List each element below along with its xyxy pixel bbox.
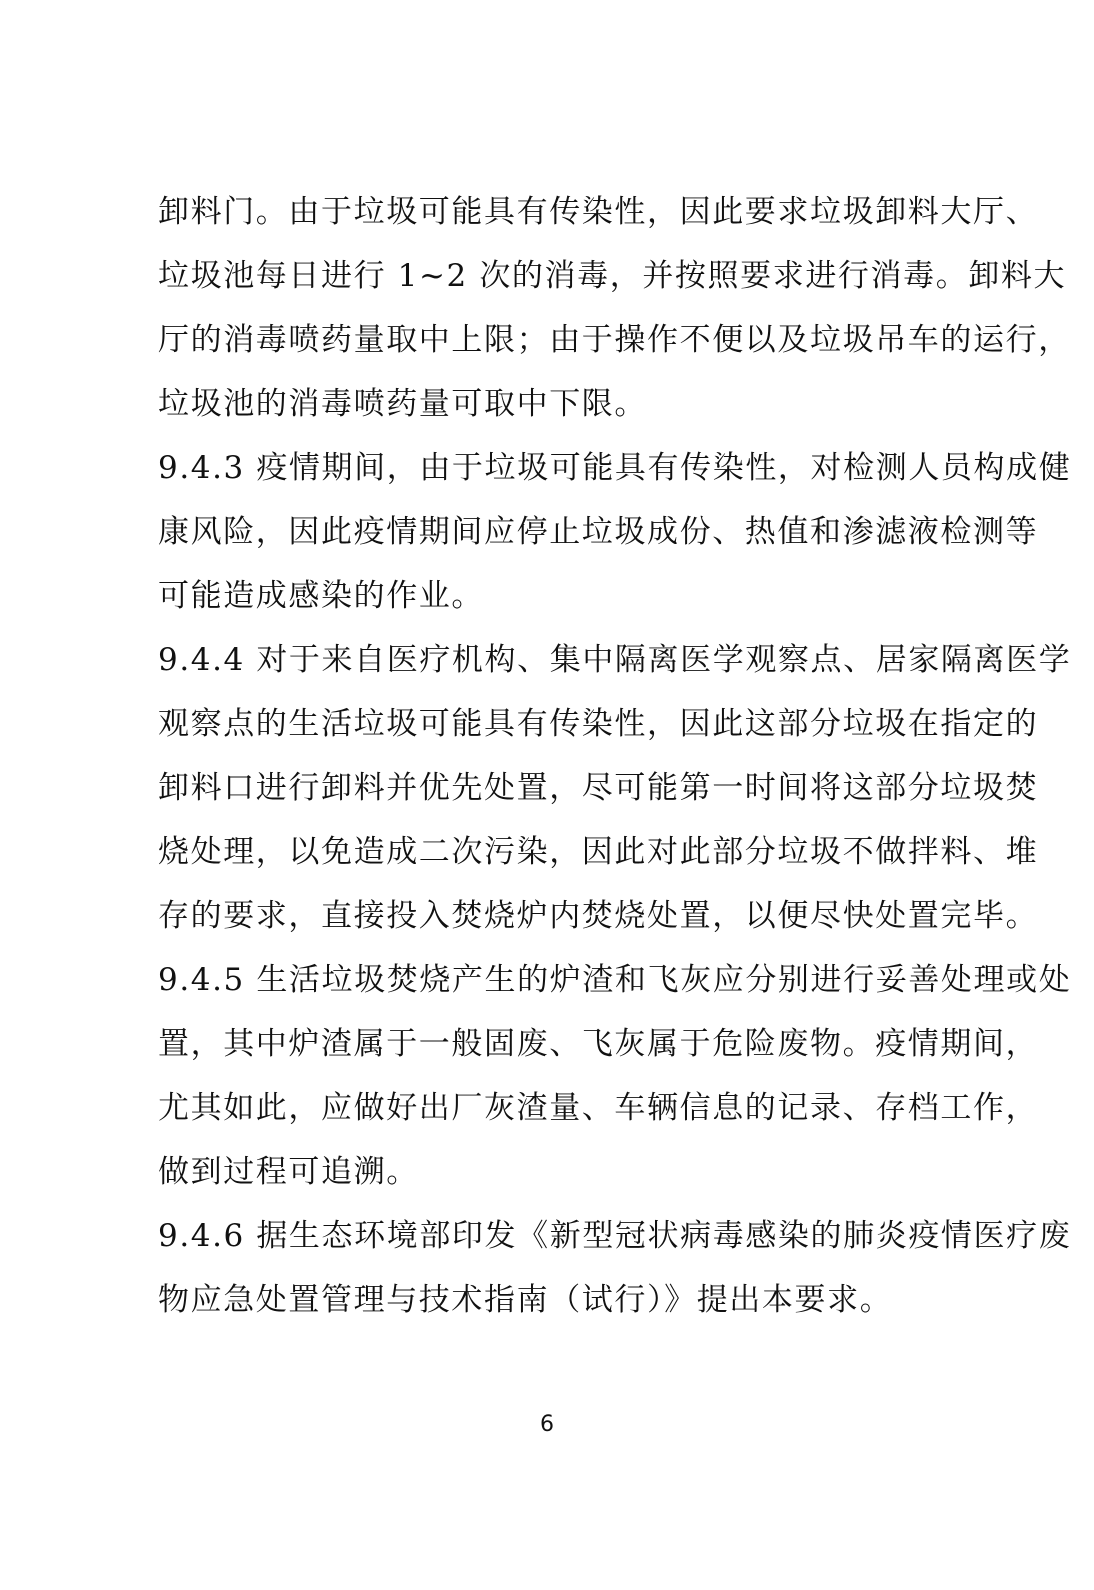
section-9-4-5-line: 尤其如此，应做好出厂灰渣量、车辆信息的记录、存档工作， bbox=[158, 1076, 942, 1140]
section-9-4-5-line: 做到过程可追溯。 bbox=[158, 1140, 942, 1204]
section-9-4-6-line: 物应急处置管理与技术指南（试行）》提出本要求。 bbox=[158, 1268, 942, 1332]
section-9-4-4-line: 卸料口进行卸料并优先处置，尽可能第一时间将这部分垃圾焚 bbox=[158, 756, 942, 820]
section-9-4-6-line: 9.4.6 据生态环境部印发《新型冠状病毒感染的肺炎疫情医疗废 bbox=[158, 1204, 942, 1268]
body-text: 卸料门。由于垃圾可能具有传染性，因此要求垃圾卸料大厅、 垃圾池每日进行 1~2 … bbox=[158, 180, 942, 1332]
document-page: 卸料门。由于垃圾可能具有传染性，因此要求垃圾卸料大厅、 垃圾池每日进行 1~2 … bbox=[0, 0, 1094, 1590]
paragraph-line: 卸料门。由于垃圾可能具有传染性，因此要求垃圾卸料大厅、 bbox=[158, 180, 942, 244]
page-number: 6 bbox=[0, 1412, 1094, 1437]
section-9-4-5-line: 置，其中炉渣属于一般固废、飞灰属于危险废物。疫情期间， bbox=[158, 1012, 942, 1076]
section-9-4-4-line: 观察点的生活垃圾可能具有传染性，因此这部分垃圾在指定的 bbox=[158, 692, 942, 756]
paragraph-line: 厅的消毒喷药量取中上限；由于操作不便以及垃圾吊车的运行， bbox=[158, 308, 942, 372]
section-9-4-3-line: 康风险，因此疫情期间应停止垃圾成份、热值和渗滤液检测等 bbox=[158, 500, 942, 564]
paragraph-line: 垃圾池的消毒喷药量可取中下限。 bbox=[158, 372, 942, 436]
section-9-4-4-line: 存的要求，直接投入焚烧炉内焚烧处置，以便尽快处置完毕。 bbox=[158, 884, 942, 948]
section-9-4-4-line: 烧处理，以免造成二次污染，因此对此部分垃圾不做拌料、堆 bbox=[158, 820, 942, 884]
paragraph-line: 垃圾池每日进行 1~2 次的消毒，并按照要求进行消毒。卸料大 bbox=[158, 244, 942, 308]
section-9-4-3-line: 可能造成感染的作业。 bbox=[158, 564, 942, 628]
section-9-4-5-line: 9.4.5 生活垃圾焚烧产生的炉渣和飞灰应分别进行妥善处理或处 bbox=[158, 948, 942, 1012]
section-9-4-3-line: 9.4.3 疫情期间，由于垃圾可能具有传染性，对检测人员构成健 bbox=[158, 436, 942, 500]
section-9-4-4-line: 9.4.4 对于来自医疗机构、集中隔离医学观察点、居家隔离医学 bbox=[158, 628, 942, 692]
